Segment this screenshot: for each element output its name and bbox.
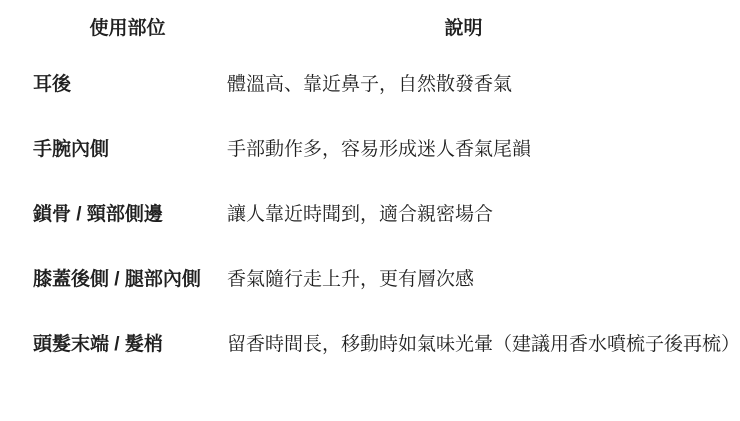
usage-part-label: 鎖骨 / 頸部側邊 — [33, 204, 222, 265]
usage-description: 香氣隨行走上升，更有層次感 — [227, 269, 700, 330]
usage-description: 留香時間長，移動時如氣味光暈（建議用香水噴梳子後再梳） — [227, 334, 700, 395]
table-row: 耳後 體溫高、靠近鼻子，自然散發香氣 — [33, 70, 740, 135]
table-row: 膝蓋後側 / 腿部內側 香氣隨行走上升，更有層次感 — [33, 265, 740, 330]
usage-description: 手部動作多，容易形成迷人香氣尾韻 — [227, 139, 700, 200]
usage-description: 讓人靠近時聞到，適合親密場合 — [227, 204, 700, 265]
column-header-description: 說明 — [227, 18, 700, 70]
column-header-usage-part: 使用部位 — [33, 18, 222, 70]
table-row: 頭髮末端 / 髮梢 留香時間長，移動時如氣味光暈（建議用香水噴梳子後再梳） — [33, 330, 740, 395]
table-row: 鎖骨 / 頸部側邊 讓人靠近時聞到，適合親密場合 — [33, 200, 740, 265]
table-row: 手腕內側 手部動作多，容易形成迷人香氣尾韻 — [33, 135, 740, 200]
usage-part-label: 耳後 — [33, 74, 222, 135]
usage-part-label: 膝蓋後側 / 腿部內側 — [33, 269, 222, 330]
table-header-row: 使用部位 說明 — [33, 12, 740, 70]
usage-part-label: 手腕內側 — [33, 139, 222, 200]
usage-description: 體溫高、靠近鼻子，自然散發香氣 — [227, 74, 700, 135]
usage-part-label: 頭髮末端 / 髮梢 — [33, 334, 222, 395]
perfume-usage-table: 使用部位 說明 耳後 體溫高、靠近鼻子，自然散發香氣 手腕內側 手部動作多，容易… — [0, 0, 740, 395]
